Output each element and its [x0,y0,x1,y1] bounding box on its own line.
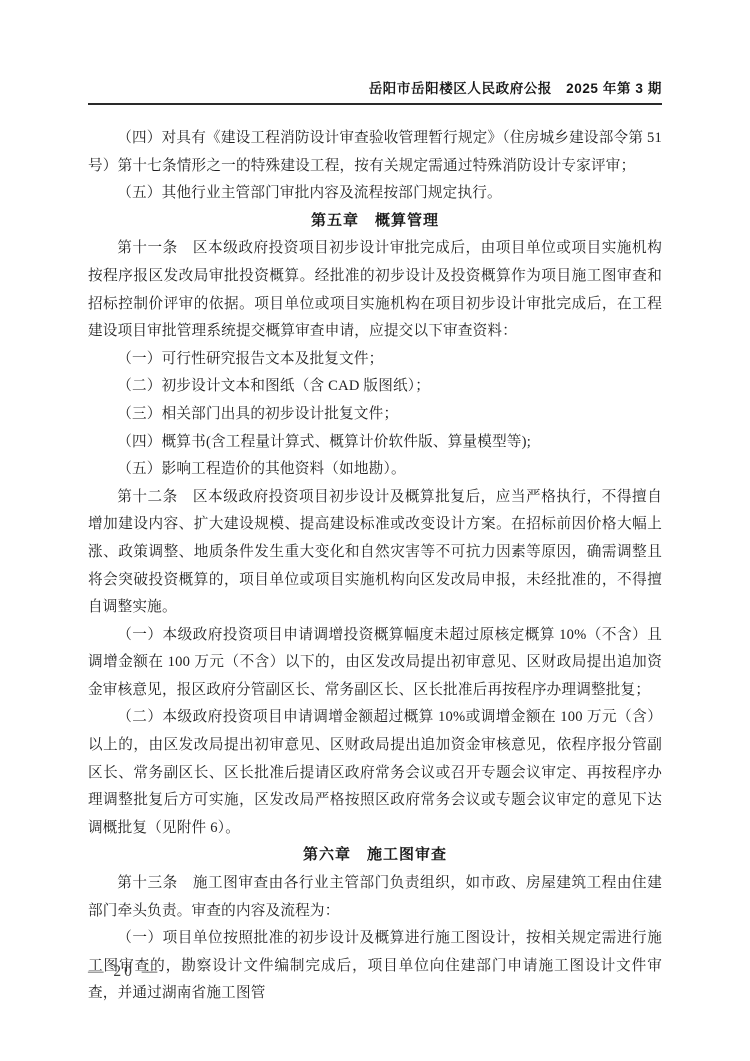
paragraph: （一）本级政府投资项目申请调增投资概算幅度未超过原核定概算 10%（不含）且调增… [88,622,662,705]
gazette-header-title: 岳阳市岳阳楼区人民政府公报 2025 年第 3 期 [88,80,662,98]
list-item: （四）概算书(含工程量计算式、概算计价软件版、算量模型等); [88,429,662,457]
header-rule [88,103,662,105]
list-item: （五）影响工程造价的其他资料（如地勘）。 [88,456,662,484]
list-item: （三）相关部门出具的初步设计批复文件； [88,401,662,429]
paragraph: 第十一条 区本级政府投资项目初步设计审批完成后，由项目单位或项目实施机构按程序报… [88,235,662,345]
list-item: （二）初步设计文本和图纸（含 CAD 版图纸）； [88,373,662,401]
paragraph: （四）对具有《建设工程消防设计审查验收管理暂行规定》（住房城乡建设部令第 51 … [88,125,662,180]
document-content: （四）对具有《建设工程消防设计审查验收管理暂行规定》（住房城乡建设部令第 51 … [88,125,662,1008]
chapter-heading: 第五章 概算管理 [88,208,662,236]
paragraph: （二）本级政府投资项目申请调增金额超过概算 10%或调增金额在 100 万元（含… [88,704,662,842]
paragraph: 第十三条 施工图审查由各行业主管部门负责组织，如市政、房屋建筑工程由住建部门牵头… [88,870,662,925]
page-number: — 20 — [88,963,160,981]
page-body: 岳阳市岳阳楼区人民政府公报 2025 年第 3 期 （四）对具有《建设工程消防设… [0,0,750,1008]
gazette-page: 岳阳市岳阳楼区人民政府公报 2025 年第 3 期 （四）对具有《建设工程消防设… [0,0,750,1061]
paragraph: （一）项目单位按照批准的初步设计及概算进行施工图设计，按相关规定需进行施工图审查… [88,925,662,1008]
chapter-heading: 第六章 施工图审查 [88,842,662,870]
paragraph: 第十二条 区本级政府投资项目初步设计及概算批复后，应当严格执行，不得擅自增加建设… [88,484,662,622]
paragraph: （五）其他行业主管部门审批内容及流程按部门规定执行。 [88,180,662,208]
list-item: （一）可行性研究报告文本及批复文件； [88,346,662,374]
page-header: 岳阳市岳阳楼区人民政府公报 2025 年第 3 期 [88,0,662,105]
